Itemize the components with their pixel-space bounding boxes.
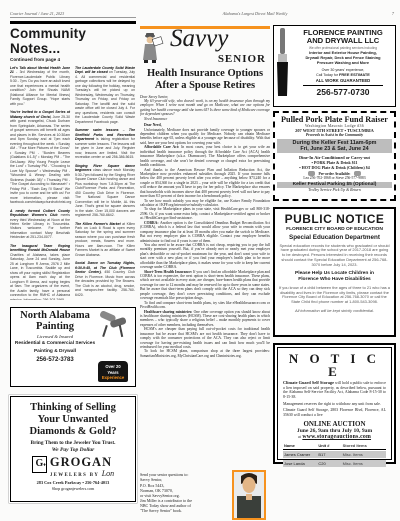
notice-paragraph: Climate Guard Self Storage, 2803 Florenc… [283,408,386,417]
paint-roller-graphic: Over 20 Years Experience [96,311,132,383]
brand-subtitle-text: JEWELERS BY [50,473,99,478]
table-cell: C20 [318,461,342,466]
newspaper-page: { "accent_orange": "#f6921e", "page_head… [0,0,400,521]
auction-units-table: NameUnit #Stored ItemsJames CramerB17Mis… [283,442,386,467]
community-notes-title: Community Notes... [10,26,136,56]
body-paragraph: COBRA: Another option is the Consolidate… [140,221,270,243]
brand-script-name: Lon [102,469,114,478]
grogan-jewelers-ad: Thinking of Selling Your Unwanted Diamon… [10,396,136,502]
jim-miller-photo [232,470,266,520]
ad-phone: 256-572-3783 [14,357,96,363]
notice-paragraph: Management reserves the right to withdra… [283,402,386,407]
ad-service-line: Painting & Drywall [14,349,96,354]
preorder-phones: Lea 256-702-1868 or Steve 256-577-9883 [277,176,392,180]
community-note-item: The Lauderdale County Solid Waste Dept. … [75,66,135,124]
community-notes-header: Community Notes... Continued from page 4 [10,21,136,62]
signature-line: "The Savvy Senior" book. [140,508,192,513]
ad-address: 283 Cox Creek Parkway • 256-764-4013 [14,480,132,485]
right-column: FLORENCE PAINTING AND DRYWALL LLC We off… [273,25,396,464]
ad-tagline: Proceeds to Assist in the Community [277,133,392,137]
body-paragraph: To look for HCSM plans, comparison shop … [140,349,270,358]
savvy-cartoon-icon [140,30,166,64]
ad-headline: Thinking of Selling Your Unwanted Diamon… [14,402,132,437]
board-of-education-name: FLORENCE CITY BOARD OF EDUCATION [279,227,390,232]
headline-line: After a Spouse Retires [140,80,270,92]
public-notice-title: PUBLIC NOTICE [279,213,390,225]
community-note-item: Social Dance on Tuesday Nights, 6:30-9:4… [75,261,135,297]
pulled-pork-fundraiser-ad: Pulled Pork Plate Fund Raiser Washington… [273,111,396,201]
ad-website: Shop groganjewelers.com [14,486,132,491]
table-cell: Misc. Items [343,452,385,457]
body-paragraph: To find and compare short-term health pl… [140,301,270,310]
parking-band: Keller Festival Parking $5 (Optional) [277,182,392,188]
notes-column-2: The Lauderdale County Solid Waste Dept. … [75,66,135,300]
florence-painting-ad: FLORENCE PAINTING AND DRYWALL LLC We off… [273,25,396,107]
online-auction-title: ONLINE AUCTION [283,420,386,428]
ad-title: North Alabama [14,311,96,322]
article-headline: Health Insurance Options After a Spouse … [140,68,270,92]
ad-services: Interior and Exterior House Painting, Dr… [293,51,393,66]
ad-subline: We Pay Top Dollar [14,447,132,453]
savvy-senior-masthead: Savvy SENIOR [140,29,270,65]
notice-paragraph: Climate Guard Self Storage will hold a p… [283,380,386,400]
community-note-item: Summer swim lessons – The Sheffield Park… [75,128,135,159]
body-paragraph: To shop for Marketplace plans in your st… [140,207,270,220]
community-note-item: You're Invited to a Gospel Series at Mid… [10,110,70,204]
brand-title: GROGAN [50,456,114,469]
community-note-item: The Inaugural Team Roping benefiting Ron… [10,244,70,300]
north-alabama-ad-text: North Alabama Painting Licensed & Insure… [14,311,96,383]
body-paragraph: To see how much subsidy you may be eligi… [140,199,270,208]
ad-guarantee: ALL WORK GUARANTEED [293,78,393,83]
masthead-tagline: Alabama's Largest Direct Mail Weekly [180,11,330,18]
storage-company-name: Climate Guard Self Storage [283,380,334,385]
savvy-senior-column: Savvy SENIOR Health Insurance Options Af… [140,26,270,521]
signature-block: Send your senior questions to:Savvy Seni… [140,470,270,520]
badge-line: Experience [98,375,128,380]
table-cell: James Cramer [284,452,318,457]
event-date-line: Fri, June 23 & Sat, June 24 [277,146,392,152]
auction-website: at www.storageauctions.com [283,434,386,440]
ad-phone: 256-577-0730 [303,85,383,97]
body-paragraph: Unfortunately, Medicare does not provide… [140,128,270,146]
event-time-band: During the Keller Fest 11am-6pm Fri, Jun… [277,139,392,154]
service-line: Pressure Washing and More [293,61,393,66]
headline-line: Thinking of Selling [14,402,132,414]
table-row: James CramerB17Misc. Items [283,451,386,458]
intro-line: Need Insurance [140,117,270,121]
logo-letter: G [35,458,43,469]
headline-line: Your Unwanted [14,414,132,426]
masthead-date: Courier Journal / June 21, 2023 [10,11,136,18]
menu-item: • HOT DOG Plate & Drink (Children) $4 [277,165,392,170]
table-row: Jose LandaC20Misc. Items [283,460,386,467]
notice-paragraph: If you know of a child between the ages … [279,286,390,306]
intro-line: My 63-year-old wife, who doesn't work, i… [140,99,270,117]
paintbrush-icon [274,26,291,106]
florence-ad-text: FLORENCE PAINTING AND DRYWALL LLC We off… [291,26,395,106]
table-cell: Jose Landa [284,461,318,466]
table-cell: B17 [318,452,342,457]
page-header: Courier Journal / June 21, 2023 Alabama'… [10,11,394,18]
letter-intro: Dear Savvy Senior,My 63-year-old wife, w… [140,95,270,122]
body-paragraph: Short-Term Health Insurance: If you can'… [140,270,270,301]
community-note-item: Singing River Square dance beginners cla… [75,164,135,218]
paintbrush-graphic [274,26,291,106]
page-number: 7 [374,11,394,18]
community-note-item: Let's Talk about Mental Health June 21 -… [10,66,70,106]
table-cell: Misc. Items [343,461,385,466]
brand-subtitle: JEWELERS BY Lon [50,469,114,478]
confidential-note: All information will be kept strictly co… [279,308,390,313]
body-paragraph: And thanks to the American Rescue Plan a… [140,168,270,199]
article-body: Dear Need, Unfortunately, Medicare does … [140,123,270,467]
senior-logo-caps: SENIOR [218,53,266,65]
ad-title: Pulled Pork Plate Fund Raiser [277,115,392,124]
notice-title: N O T I C E [283,352,386,378]
community-note-item: A newly formed Colbert County Republican… [10,209,70,240]
notice-paragraph: Special education records for students w… [279,244,390,268]
free-estimate-label: FREE ESTIMATE [339,72,370,77]
ad-tagline: Licensed & Insured [14,334,96,339]
ad-estimate-line: Call Today for FREE ESTIMATE [293,72,393,77]
notice-subhead: Please Help Us Locate Children in Floren… [279,271,390,283]
site-prefix: at [298,434,301,439]
body-paragraph: You also need to be aware that COBRA is … [140,243,270,270]
notes-column-1: Let's Talk about Mental Health June 21 -… [10,66,70,300]
savvy-logo-script: Savvy [170,25,228,53]
public-notice-box: PUBLIC NOTICE FLORENCE CITY BOARD OF EDU… [273,207,396,337]
body-paragraph: Affordable Care Act: In most cases, your… [140,145,270,167]
trolley-line: Trolley Service Pick Up & Return [277,188,392,192]
ad-service-line: Residential & Commercial Services [14,341,96,347]
grogan-logo-icon: G♦ [32,456,47,473]
signature-lines: Send your senior questions to:Savvy Seni… [140,470,192,520]
table-header-cell: Stored Items [343,443,385,448]
subhead-line: Please Help Us Locate Children in [279,271,390,277]
headline-line: Diamonds & Gold? [14,426,132,438]
ad-title: Painting [14,322,96,333]
subhead-line: Florence Who Have Disabilities [279,277,390,283]
ad-title: FLORENCE PAINTING AND DRYWALL LLC [293,29,393,45]
headline-line: Health Insurance Options [140,68,270,80]
table-header-cell: Unit # [318,443,342,448]
headshot-image [234,472,264,518]
continued-from-label: Continued from page 4 [10,57,136,62]
table-header-cell: Name [284,443,318,448]
department-name: Special Education Department [279,234,390,241]
community-notes-body: Let's Talk about Mental Health June 21 -… [10,66,136,300]
estimate-prefix: Call Today for [316,73,339,77]
experience-badge: Over 20 Years Experience [98,361,128,382]
diamond-icon: ♦ [43,459,46,473]
notes-column-2-items: The Lauderdale County Solid Waste Dept. … [75,66,135,297]
title-line: AND DRYWALL LLC [293,37,393,45]
paint-roller-icon [96,311,130,341]
table-header-row: NameUnit #Stored Items [283,442,386,450]
left-column: Community Notes... Continued from page 4… [10,21,136,502]
preorder-label: Pre-order Available: [318,172,350,176]
north-alabama-painting-ad: North Alabama Painting Licensed & Insure… [10,307,136,387]
auction-url: www.storageauctions.com [302,434,371,440]
community-note-item: The Killen Farmer's Market at Killen Par… [75,222,135,258]
storage-auction-notice: N O T I C E Climate Guard Self Storage w… [273,343,396,464]
grogan-brand-lockup: G♦ GROGAN JEWELERS BY Lon [14,456,132,478]
brand-name: GROGAN JEWELERS BY Lon [50,456,114,478]
body-paragraph: HCSM's are cheaper than paying full out-… [140,327,270,349]
ad-subline: Bring Them to the Jeweler You Trust. [14,440,132,446]
body-paragraph: Healthcare sharing ministries: One other… [140,310,270,328]
